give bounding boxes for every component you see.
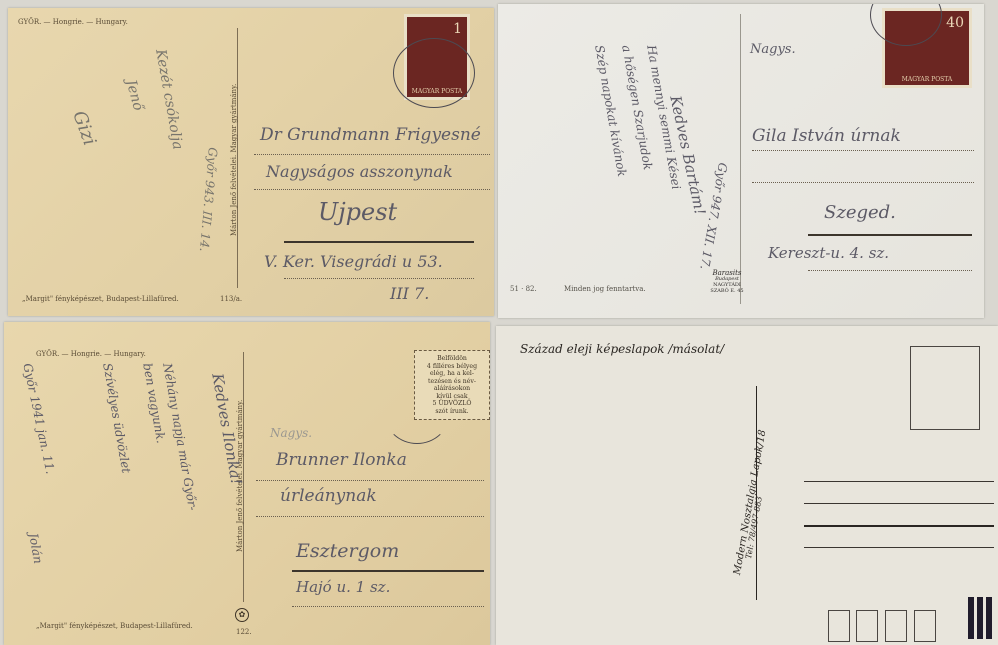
address-line: V. Ker. Visegrádi u 53. xyxy=(264,252,443,271)
address-line xyxy=(804,481,994,482)
handwritten-message-line: Kezét csókolja xyxy=(152,48,185,151)
handwritten-date: Győr 943. III. 14. xyxy=(197,147,220,252)
handwritten-message-line: Szívélyes üdvözlet xyxy=(100,362,133,474)
postcode-box xyxy=(885,610,907,642)
postcard-top-left: GYŐR. — Hongrie. — Hungary. „Margit" fén… xyxy=(8,8,494,316)
card-number: 113/a. xyxy=(220,295,242,303)
address-dotted-line xyxy=(752,150,974,151)
address-line: Nagyságos asszonynak xyxy=(266,162,453,181)
address-line: Kereszt-u. 4. sz. xyxy=(768,244,889,262)
address-city: Ujpest xyxy=(318,198,397,226)
address-dotted-line xyxy=(256,516,484,517)
publisher-imprint: „Margit" fényképészet, Budapest-Lillafür… xyxy=(36,622,193,630)
address-line xyxy=(804,503,994,504)
postcard-header: GYŐR. — Hongrie. — Hungary. xyxy=(36,350,146,358)
card-number: 122. xyxy=(236,628,252,636)
divider-line xyxy=(740,14,741,304)
postcard-header: GYŐR. — Hongrie. — Hungary. xyxy=(18,18,128,26)
postcode-bar xyxy=(986,597,992,639)
address-city-line xyxy=(292,570,484,572)
handwritten-date: Győr 947. XII. 17. xyxy=(697,162,730,271)
address-line xyxy=(804,547,994,548)
address-dotted-line xyxy=(254,189,490,190)
address-dotted-line xyxy=(808,270,972,271)
address-dotted-line xyxy=(254,154,490,155)
address-city: Esztergom xyxy=(296,540,399,562)
card-title: Század eleji képeslapok /másolat/ xyxy=(520,342,724,356)
address-dotted-line xyxy=(284,278,474,279)
address-city-line xyxy=(808,234,972,236)
postcode-box xyxy=(856,610,878,642)
postmark-arc xyxy=(384,382,450,444)
postcode-bar xyxy=(968,597,974,639)
postcode-box xyxy=(914,610,936,642)
stamp-placeholder-box xyxy=(910,346,980,430)
postcard-bottom-right: Század eleji képeslapok /másolat/ Modern… xyxy=(496,326,998,645)
address-dotted-line xyxy=(292,606,484,607)
postcard-top-right: 51 · 82. Minden jog fenntartva. Barasits… xyxy=(498,4,984,318)
publisher-logo-icon: ✿ xyxy=(235,608,249,622)
address-line: Dr Grundmann Frigyesné xyxy=(260,125,481,145)
handwritten-signature: Jolán xyxy=(26,532,45,565)
postmark-circle xyxy=(393,38,475,108)
handwritten-message-line: Jenő xyxy=(123,78,147,112)
address-dotted-line xyxy=(752,182,974,183)
address-line xyxy=(804,525,994,527)
address-city-line xyxy=(284,241,474,243)
handwritten-date: Győr 1941 jan. 11. xyxy=(20,362,57,475)
address-line: Hajó u. 1 sz. xyxy=(296,578,390,596)
publisher-imprint: „Margit" fényképészet, Budapest-Lillafür… xyxy=(22,295,179,303)
address-dotted-line xyxy=(256,480,484,481)
card-number: 51 · 82. xyxy=(510,285,537,293)
address-line: Brunner Ilonka xyxy=(276,450,407,470)
postcard-bottom-left: GYŐR. — Hongrie. — Hungary. „Margit" fén… xyxy=(4,322,490,645)
address-line: III 7. xyxy=(390,284,429,303)
publisher-stamp: Barasits Budapest NAGYTÁDI SZABÓ E. 45 xyxy=(702,270,752,294)
address-title: Nagys. xyxy=(750,42,796,57)
postcode-box xyxy=(828,610,850,642)
address-city: Szeged. xyxy=(824,202,896,223)
address-line: Gila István úrnak xyxy=(752,126,901,146)
address-line: úrleánynak xyxy=(280,486,377,506)
rights-notice: Minden jog fenntartva. xyxy=(564,285,646,293)
address-title: Nagys. xyxy=(270,426,312,440)
postcode-bar xyxy=(977,597,983,639)
side-imprint: Márton Jenő felvételei. Magyar gyártmány… xyxy=(230,84,238,236)
handwritten-signature: Gizi xyxy=(68,108,100,148)
